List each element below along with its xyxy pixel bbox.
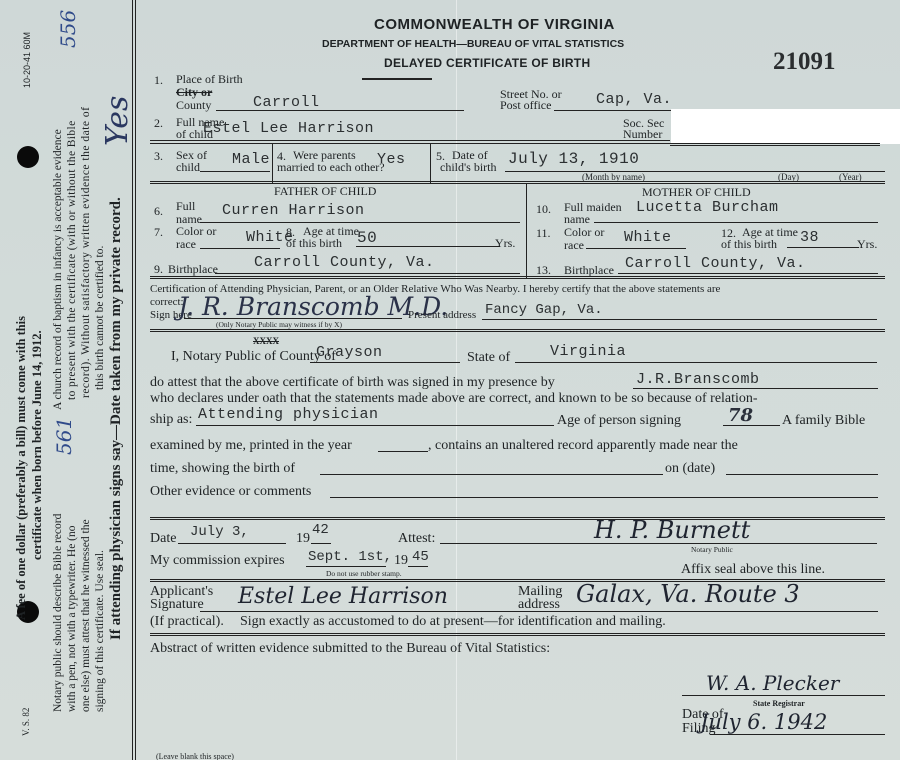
row-divider-1b: [670, 143, 880, 146]
age-signing-value[interactable]: 78: [728, 405, 753, 426]
father-race-label-1: Color or: [176, 225, 216, 237]
other-evidence-label: Other evidence or comments: [150, 484, 311, 500]
handwritten-yes: Yes: [100, 96, 135, 146]
notary-note-line3: one else) must attest that he witnessed …: [80, 519, 92, 712]
field-3-number: 3.: [154, 150, 163, 162]
father-birthplace-underline: [215, 273, 520, 274]
on-date-label: on (date): [665, 461, 715, 477]
father-race-label-2: race: [176, 238, 196, 250]
county-label: County: [176, 99, 211, 111]
state-value[interactable]: Virginia: [550, 343, 626, 360]
notary-public-caption: Notary Public: [691, 545, 733, 554]
relationship-value[interactable]: Attending physician: [198, 406, 379, 423]
notary-county-value[interactable]: Grayson: [316, 344, 383, 361]
age-signing-label: Age of person signing: [557, 413, 681, 429]
on-date-underline: [726, 474, 878, 475]
field-1-number: 1.: [154, 74, 163, 86]
divider-4-5: [430, 144, 431, 184]
county-value[interactable]: Carroll: [253, 94, 320, 111]
birth-of-label: time, showing the birth of: [150, 461, 295, 477]
commission-label: My commission expires: [150, 553, 285, 569]
sex-underline: [200, 171, 270, 172]
mother-birthplace-value[interactable]: Carroll County, Va.: [625, 255, 806, 272]
attest-text: do attest that the above certificate of …: [150, 375, 555, 391]
notary-note-line1: Notary public should describe Bible reco…: [52, 514, 64, 712]
rubber-stamp-note: Do not use rubber stamp.: [326, 569, 402, 578]
seal-note: Affix seal above this line.: [681, 562, 825, 578]
row-divider-3: [150, 276, 885, 279]
mailing-address-value[interactable]: Galax, Va. Route 3: [576, 580, 800, 608]
father-name-value[interactable]: Curren Harrison: [222, 202, 365, 219]
examined-text: examined by me, printed in the year: [150, 438, 352, 454]
mother-age-label-2: of this birth: [721, 238, 777, 250]
married-label-2: married to each other?: [277, 161, 385, 173]
applicant-label-3: (If practical).: [150, 614, 224, 630]
header-underline: [362, 78, 432, 80]
city-label-struck: City or: [176, 86, 212, 98]
header-commonwealth: COMMONWEALTH OF VIRGINIA: [374, 16, 615, 33]
commission-century: 19: [394, 553, 408, 569]
present-address-value[interactable]: Fancy Gap, Va.: [485, 302, 603, 318]
row-divider-5: [150, 517, 885, 520]
form-code: 10-20-41 60M: [22, 32, 32, 88]
mother-heading: MOTHER OF CHILD: [642, 185, 751, 200]
bottom-note: (Leave blank this space): [156, 752, 234, 760]
church-note-line2: to present with the certificate (with or…: [66, 120, 78, 400]
mother-name-label-2: name: [564, 213, 590, 225]
unaltered-record-text: , contains an unaltered record apparentl…: [428, 438, 738, 454]
mother-name-value[interactable]: Lucetta Burcham: [636, 199, 779, 216]
printed-year-underline: [378, 451, 428, 452]
handwritten-556: 556: [56, 10, 80, 48]
mother-race-underline: [586, 248, 686, 249]
margin-border-outer: [132, 0, 133, 760]
father-heading: FATHER OF CHILD: [274, 184, 376, 199]
header-department: DEPARTMENT OF HEALTH—BUREAU OF VITAL STA…: [322, 38, 624, 50]
parents-divider: [526, 184, 527, 278]
state-underline: [515, 362, 877, 363]
mother-birthplace-underline: [618, 273, 878, 274]
other-evidence-underline: [330, 497, 878, 498]
date-century: 19: [296, 531, 310, 547]
physician-note: If attending physician signs say—Date ta…: [108, 197, 125, 640]
signing-instruction: Sign exactly as accustomed to do at pres…: [240, 614, 666, 630]
mother-birthplace-label: Birthplace: [564, 264, 614, 276]
notary-witness-note: (Only Notary Public may witness if by X): [216, 320, 342, 329]
state-label: State of: [467, 350, 510, 366]
father-name-label-1: Full: [176, 200, 195, 212]
mother-age-unit: Yrs.: [857, 238, 877, 250]
sex-label-2: child: [176, 161, 200, 173]
certificate-number: 21091: [773, 48, 836, 76]
sex-value[interactable]: Male: [232, 151, 270, 168]
date-label: Date: [150, 531, 176, 547]
punch-hole-top: [17, 146, 39, 168]
divider-3-4: [272, 144, 273, 184]
field-9-number: 9.: [154, 263, 163, 275]
row-divider-4: [150, 329, 885, 332]
signed-by-value[interactable]: J.R.Branscomb: [636, 371, 760, 388]
row-divider-2: [150, 181, 885, 184]
field-6-number: 6.: [154, 205, 163, 217]
commission-year[interactable]: 45: [412, 549, 429, 565]
applicant-label-2: Signature: [150, 599, 204, 611]
post-office-value[interactable]: Cap, Va.: [596, 91, 672, 108]
birth-date-underline: [505, 171, 885, 172]
notary-signature[interactable]: H. P. Burnett: [594, 516, 750, 544]
mailing-label-2: address: [518, 599, 560, 611]
birth-of-underline: [320, 474, 663, 475]
father-race-underline: [200, 248, 280, 249]
mother-age-value[interactable]: 38: [800, 229, 819, 246]
address-underline: [482, 319, 877, 320]
notary-note-line2: with a pen, not with a typewriter. He (n…: [66, 525, 78, 712]
place-of-birth-label: Place of Birth: [176, 73, 243, 85]
commission-year-underline: [408, 566, 428, 567]
family-bible-label: A family Bible: [782, 413, 865, 429]
mother-race-label-2: race: [564, 239, 584, 251]
ssn-label-2: Number: [623, 128, 662, 140]
certificate-paper: 10-20-41 60M V. S. 82 A fee of one dolla…: [0, 0, 900, 760]
relationship-label: ship as:: [150, 412, 192, 428]
field-2-number: 2.: [154, 117, 163, 129]
signed-by-underline: [633, 388, 878, 389]
attest-label: Attest:: [398, 531, 435, 547]
margin-border-inner: [135, 0, 136, 760]
relationship-underline: [196, 425, 554, 426]
post-office-label: Post office: [500, 99, 551, 111]
handwritten-561: 561: [52, 417, 76, 455]
father-birthplace-value[interactable]: Carroll County, Va.: [254, 254, 435, 271]
mother-race-label-1: Color or: [564, 226, 604, 238]
father-name-underline: [200, 222, 520, 223]
struck-word: XXXX: [253, 336, 279, 346]
father-age-unit: Yrs.: [495, 237, 515, 249]
applicant-signature[interactable]: Estel Lee Harrison: [238, 584, 448, 609]
registrar-underline: [682, 695, 885, 696]
mother-name-underline: [594, 222, 878, 223]
commission-value[interactable]: Sept. 1st,: [308, 549, 392, 565]
declares-text: who declares under oath that the stateme…: [150, 391, 758, 407]
header-title: DELAYED CERTIFICATE OF BIRTH: [384, 56, 590, 70]
present-address-label: Present address: [408, 309, 476, 321]
date-value[interactable]: July 3,: [190, 524, 249, 540]
abstract-label: Abstract of written evidence submitted t…: [150, 641, 550, 657]
mother-age-underline: [787, 247, 859, 248]
church-note-line3: record). Without satisfactory written ev…: [80, 107, 92, 398]
row-divider-7: [150, 633, 885, 636]
father-age-underline: [356, 246, 500, 247]
filing-date-value[interactable]: July 6. 1942: [700, 710, 827, 734]
father-birthplace-label: Birthplace: [168, 263, 218, 275]
child-name-value[interactable]: Estel Lee Harrison: [203, 120, 374, 137]
commission-underline: [306, 566, 386, 567]
fee-note-line1: A fee of one dollar (preferably a bill) …: [14, 316, 29, 620]
field-13-number: 13.: [536, 264, 551, 276]
ssn-redaction: [671, 109, 900, 144]
filing-underline: [710, 734, 885, 735]
form-number: V. S. 82: [21, 708, 31, 736]
field-10-number: 10.: [536, 203, 551, 215]
father-age-label-2: of this birth: [286, 237, 342, 249]
field-7-number: 7.: [154, 226, 163, 238]
church-note-line1: A church record of baptism in infancy is…: [52, 129, 64, 410]
fee-note-line2: certificate when born before June 14, 19…: [30, 330, 45, 560]
notary-note-line4: signing of this certificate. Use seal.: [94, 550, 106, 712]
state-registrar-caption: State Registrar: [753, 699, 805, 708]
notary-county-underline: [310, 362, 460, 363]
field-11-number: 11.: [536, 227, 551, 239]
mother-race-value[interactable]: White: [624, 229, 672, 246]
date-year-underline: [311, 543, 331, 544]
father-age-value[interactable]: 50: [357, 229, 377, 247]
row-divider-1: [150, 140, 670, 144]
date-underline: [178, 543, 286, 544]
birth-date-value[interactable]: July 13, 1910: [508, 150, 639, 168]
birth-date-label-2: child's birth: [440, 161, 497, 173]
date-year[interactable]: 42: [312, 522, 329, 538]
church-note-line4: this birth cannot be certified to.: [94, 246, 106, 390]
married-value[interactable]: Yes: [377, 151, 406, 168]
registrar-signature[interactable]: W. A. Plecker: [706, 671, 839, 695]
